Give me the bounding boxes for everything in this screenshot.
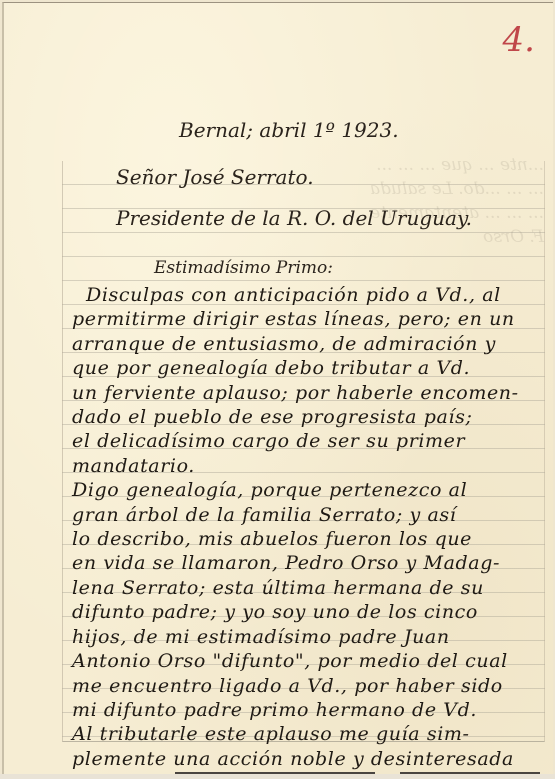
- body-line: hijos, de mi estimadísimo padre Juan: [72, 625, 552, 649]
- body-line: un ferviente aplauso; por haberle encome…: [72, 381, 552, 405]
- body-line: plemente una acción noble y desinteresad…: [72, 747, 552, 771]
- scan-edge: [400, 772, 540, 774]
- body-line: Al tributarle este aplauso me guía sim-: [72, 722, 552, 746]
- body-line: mandatario.: [72, 454, 552, 478]
- body-line: en vida se llamaron, Pedro Orso y Madag-: [72, 551, 552, 575]
- body-line: mi difunto padre primo hermano de Vd.: [72, 698, 552, 722]
- page-number: 4.: [503, 23, 535, 57]
- body-line: que por genealogía debo tributar a Vd.: [72, 356, 552, 380]
- letter-body: Disculpas con anticipación pido a Vd., a…: [72, 283, 552, 771]
- body-line: Antonio Orso "difunto", por medio del cu…: [72, 649, 552, 673]
- body-line: me encuentro ligado a Vd., por haber sid…: [72, 674, 552, 698]
- body-line: Digo genealogía, porque pertenezco al: [72, 478, 552, 502]
- recipient-title: Presidente de la R. O. del Uruguay.: [116, 206, 472, 230]
- body-line: permitirme dirigir estas líneas, pero; e…: [72, 307, 552, 331]
- letter-page: ...nte ... que ... ... ... ... ... ...do…: [2, 2, 553, 774]
- greeting: Estimadísimo Primo:: [154, 258, 333, 278]
- body-line: Disculpas con anticipación pido a Vd., a…: [72, 283, 552, 307]
- body-line: el delicadísimo cargo de ser su primer: [72, 429, 552, 453]
- scan-edge: [175, 772, 375, 774]
- recipient-name: Señor José Serrato.: [116, 165, 314, 189]
- body-line: gran árbol de la familia Serrato; y así: [72, 503, 552, 527]
- place-date: Bernal; abril 1º 1923.: [179, 118, 399, 142]
- body-line: lena Serrato; esta última hermana de su: [72, 576, 552, 600]
- scan-bottom-margin: [0, 774, 555, 779]
- body-line: dado el pueblo de ese progresista país;: [72, 405, 552, 429]
- body-line: arranque de entusiasmo, de admiración y: [72, 332, 552, 356]
- body-line: lo describo, mis abuelos fueron los que: [72, 527, 552, 551]
- body-line: difunto padre; y yo soy uno de los cinco: [72, 600, 552, 624]
